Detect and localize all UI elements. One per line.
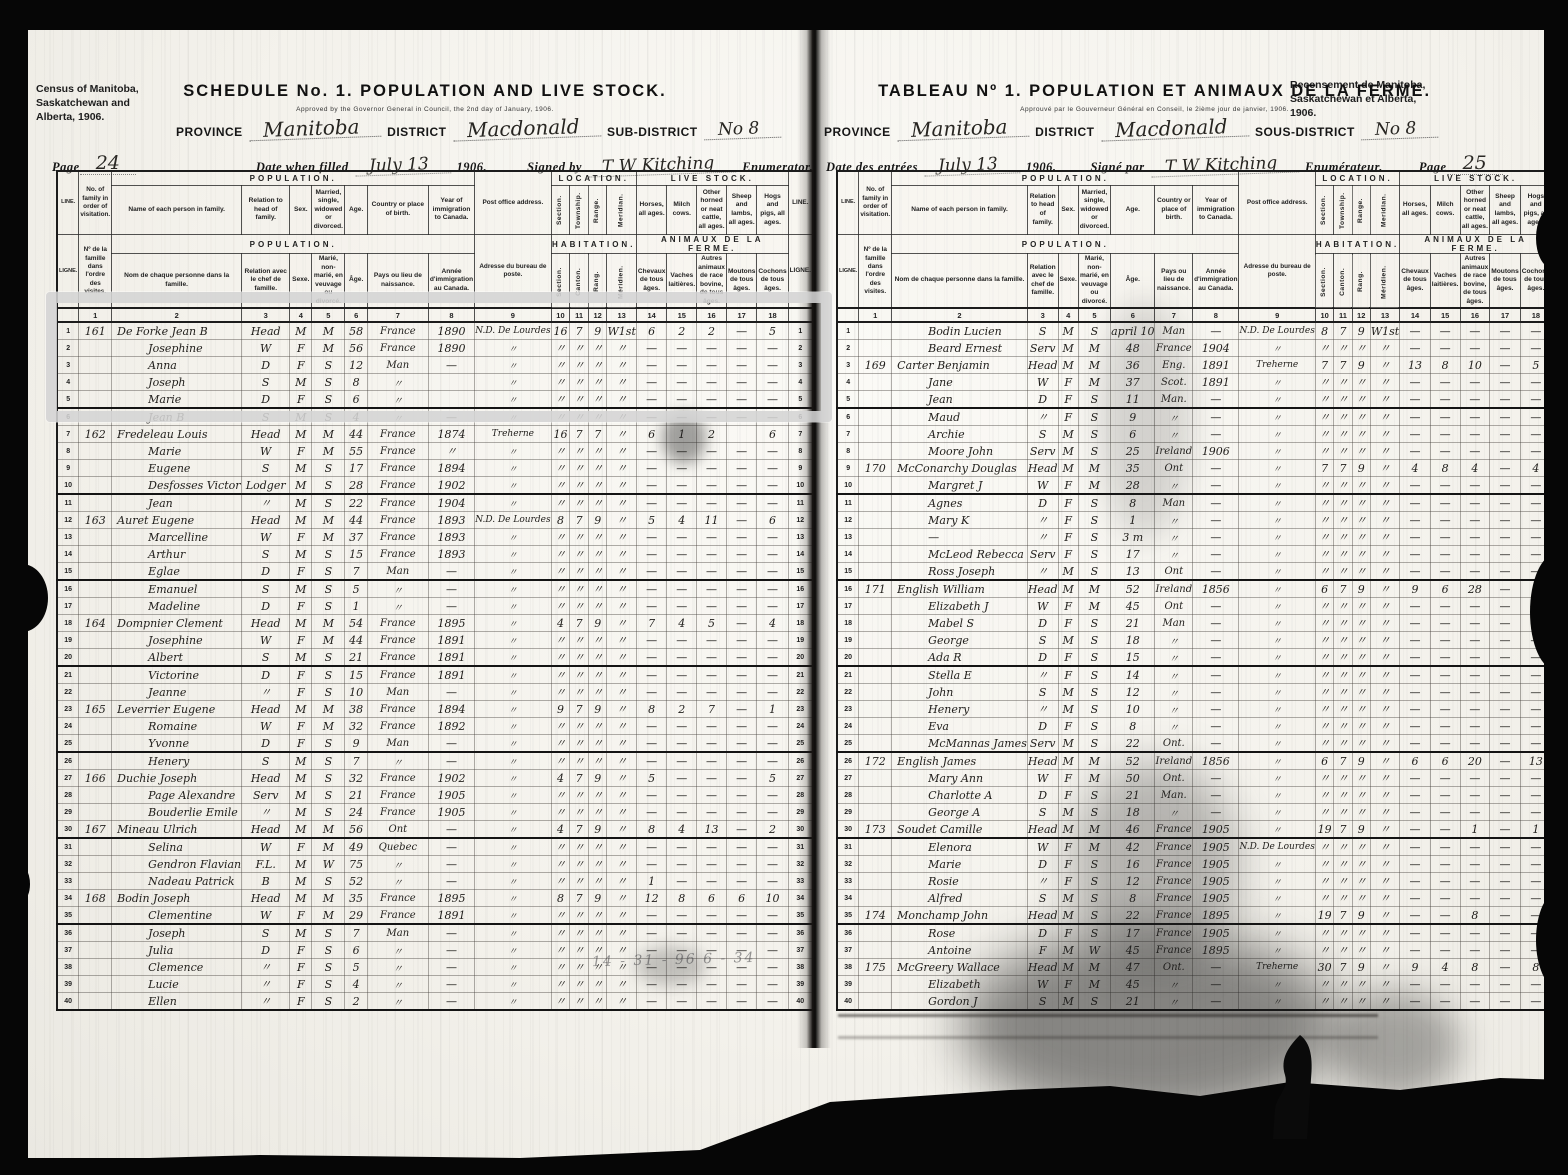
cell: — <box>1490 907 1520 925</box>
table-row: 8MarieWFM55France〃〃〃〃〃〃—————8 <box>57 443 813 460</box>
cell: 6 <box>1430 580 1460 598</box>
cell: — <box>1400 632 1431 649</box>
cell: Archie <box>892 426 1028 443</box>
cell: 21 <box>1111 993 1155 1011</box>
cell: M <box>312 701 345 718</box>
cell <box>79 494 112 512</box>
cell: — <box>1460 942 1490 959</box>
row-number: 35 <box>57 907 79 925</box>
cell: 〃 <box>242 494 290 512</box>
column-header: POPULATION. <box>112 171 475 186</box>
cell: — <box>697 666 727 684</box>
cell: W <box>242 529 290 546</box>
cell: 〃 <box>607 873 636 890</box>
cell: 〃 <box>1239 649 1315 667</box>
cell: F <box>1058 477 1078 495</box>
cell: 7 <box>1334 357 1352 374</box>
cell: — <box>1460 666 1490 684</box>
cell: — <box>636 993 667 1011</box>
cell: M <box>312 529 345 546</box>
cell: 〃 <box>475 563 551 581</box>
cell <box>859 340 892 357</box>
column-header: 13 <box>1370 308 1399 322</box>
cell: 〃 <box>588 477 607 495</box>
row-number: 19 <box>837 632 859 649</box>
cell: 〃 <box>607 443 636 460</box>
cell: 〃 <box>1370 632 1399 649</box>
cell: 8 <box>1111 890 1155 907</box>
cell: S <box>312 976 345 993</box>
cell: 〃 <box>551 460 570 477</box>
cell: — <box>1430 374 1460 391</box>
province-line-fr: PROVINCE Manitoba DISTRICT Macdonald SOU… <box>822 118 1545 139</box>
cell: — <box>726 718 756 735</box>
cell: 49 <box>345 838 367 856</box>
cell: 1893 <box>428 546 474 563</box>
cell: 1905 <box>1193 924 1239 942</box>
cell: 〃 <box>1239 718 1315 735</box>
cell <box>859 684 892 701</box>
column-header: Married, single, widowed or divorced. <box>1078 186 1110 235</box>
cell: 〃 <box>1239 477 1315 495</box>
row-number: 31 <box>57 838 79 856</box>
cell: 〃 <box>367 580 428 598</box>
cell: 〃 <box>1315 684 1334 701</box>
cell: 46 <box>1111 821 1155 839</box>
cell: — <box>428 580 474 598</box>
cell: april 10 <box>1111 322 1155 340</box>
cell: 〃 <box>551 873 570 890</box>
cell: — <box>1400 546 1431 563</box>
cell: 〃 <box>1315 787 1334 804</box>
cell: D <box>1027 787 1058 804</box>
cell: F <box>290 632 312 649</box>
cell: Henery <box>112 752 242 770</box>
row-number: 22 <box>837 684 859 701</box>
cell: 〃 <box>1239 804 1315 821</box>
cell: F <box>1058 770 1078 787</box>
cell: — <box>428 873 474 890</box>
cell: 〃 <box>1315 976 1334 993</box>
cell: — <box>1193 735 1239 753</box>
cell: F <box>290 735 312 753</box>
cell: — <box>726 993 756 1011</box>
cell: S <box>312 873 345 890</box>
cell: 〃 <box>1239 752 1315 770</box>
cell: 〃 <box>607 856 636 873</box>
cell: John <box>892 684 1028 701</box>
cell: 〃 <box>1239 890 1315 907</box>
cell: 〃 <box>1334 787 1352 804</box>
cell: 10 <box>1460 357 1490 374</box>
cell: — <box>1490 580 1520 598</box>
cell: — <box>1520 890 1545 907</box>
cell: 〃 <box>570 563 589 581</box>
cell <box>79 838 112 856</box>
row-number: 11 <box>57 494 79 512</box>
row-number: 34 <box>837 890 859 907</box>
cell: Madeline <box>112 598 242 615</box>
cell: 〃 <box>551 529 570 546</box>
cell: — <box>1520 838 1545 856</box>
cell: 9 <box>588 512 607 529</box>
cell: — <box>757 752 788 770</box>
cell: 170 <box>859 460 892 477</box>
cell: — <box>757 598 788 615</box>
cell: 〃 <box>607 666 636 684</box>
cell: Head <box>1027 460 1058 477</box>
cell: Bouderlie Emile <box>112 804 242 821</box>
cell: F <box>1058 924 1078 942</box>
column-header: Meridian. <box>607 186 636 235</box>
cell: 1895 <box>1193 907 1239 925</box>
cell: McConarchy Douglas <box>892 460 1028 477</box>
cell: — <box>1460 890 1490 907</box>
cell: 〃 <box>588 976 607 993</box>
cell: — <box>1430 494 1460 512</box>
column-header: Milch cows. <box>1430 186 1460 235</box>
cell: Head <box>242 701 290 718</box>
table-row: 26172English JamesHeadMM52Ireland1856〃67… <box>837 752 1545 770</box>
cell: 1894 <box>428 701 474 718</box>
cell: — <box>892 529 1028 546</box>
cell: W <box>1027 374 1058 391</box>
cell <box>79 563 112 581</box>
cell: — <box>1430 512 1460 529</box>
cell: M <box>1078 460 1110 477</box>
cell: — <box>757 873 788 890</box>
province-label-fr: PROVINCE <box>824 125 891 139</box>
cell: 〃 <box>570 598 589 615</box>
cell: — <box>726 666 756 684</box>
cell: 〃 <box>1027 563 1058 581</box>
cell: 〃 <box>551 443 570 460</box>
cell: Ireland <box>1155 443 1193 460</box>
cell: 〃 <box>1370 701 1399 718</box>
cell: — <box>1490 718 1520 735</box>
cell: 19 <box>1315 907 1334 925</box>
cell: — <box>697 529 727 546</box>
cell: 〃 <box>475 907 551 925</box>
cell: S <box>1078 666 1110 684</box>
cell: — <box>636 735 667 753</box>
cell: France <box>1155 873 1193 890</box>
cell: — <box>1520 529 1545 546</box>
cell: 〃 <box>1239 993 1315 1011</box>
cell: 45 <box>1111 976 1155 993</box>
cell: — <box>1460 649 1490 667</box>
cell: — <box>726 512 756 529</box>
cell: 〃 <box>570 460 589 477</box>
cell <box>79 632 112 649</box>
cell: Julia <box>112 942 242 959</box>
cell: — <box>1400 804 1431 821</box>
table-row: 17MadelineDFS1〃—〃〃〃〃〃—————17 <box>57 598 813 615</box>
table-row: 14McLeod RebeccaServFS17〃—〃〃〃〃〃—————14 <box>837 546 1545 563</box>
cell: 15 <box>1111 649 1155 667</box>
cell: 〃 <box>1334 512 1352 529</box>
cell: 〃 <box>607 976 636 993</box>
cell: Selina <box>112 838 242 856</box>
table-row: 1Bodin LucienSMSapril 10Man—N.D. De Lour… <box>837 322 1545 340</box>
cell: 〃 <box>1315 856 1334 873</box>
cell: 〃 <box>1239 580 1315 598</box>
cell: 9 <box>1352 357 1370 374</box>
cell: — <box>726 701 756 718</box>
cell: S <box>312 735 345 753</box>
cell: 〃 <box>1239 494 1315 512</box>
cell: 9 <box>1352 460 1370 477</box>
cell: — <box>1400 701 1431 718</box>
cell: S <box>1078 443 1110 460</box>
table-row: 12163Auret EugeneHeadMM44France1893N.D. … <box>57 512 813 529</box>
column-header: 17 <box>1490 308 1520 322</box>
cell: — <box>1193 993 1239 1011</box>
cell: M <box>290 494 312 512</box>
book-spine-fold <box>797 28 831 1048</box>
cell: 〃 <box>570 976 589 993</box>
province-value: Manitoba <box>248 116 381 142</box>
cell: France <box>367 615 428 632</box>
cell <box>79 529 112 546</box>
cell: M <box>312 838 345 856</box>
cell: 〃 <box>588 873 607 890</box>
cell: — <box>667 649 697 667</box>
cell: — <box>1400 322 1431 340</box>
cell: — <box>757 735 788 753</box>
cell: M <box>1058 735 1078 753</box>
cell: 〃 <box>1027 666 1058 684</box>
cell: — <box>1520 632 1545 649</box>
cell: 10 <box>345 684 367 701</box>
record-highlight-frame[interactable] <box>46 292 832 422</box>
cell: 〃 <box>367 993 428 1011</box>
cell: — <box>1193 563 1239 581</box>
cell <box>859 770 892 787</box>
cell: 〃 <box>475 615 551 632</box>
cell: 172 <box>859 752 892 770</box>
cell: France <box>367 426 428 443</box>
cell: — <box>1400 993 1431 1011</box>
cell: — <box>1460 632 1490 649</box>
cell: Man <box>1155 494 1193 512</box>
cell: 〃 <box>1370 357 1399 374</box>
cell: 1856 <box>1193 752 1239 770</box>
cell <box>859 993 892 1011</box>
cell: — <box>1490 993 1520 1011</box>
cell: 164 <box>79 615 112 632</box>
cell: — <box>1490 460 1520 477</box>
cell: Mary Ann <box>892 770 1028 787</box>
cell: McGreery Wallace <box>892 959 1028 976</box>
cell: — <box>1460 340 1490 357</box>
cell: — <box>1430 993 1460 1011</box>
cell: — <box>636 976 667 993</box>
cell: Serv <box>1027 340 1058 357</box>
cell: 〃 <box>1315 477 1334 495</box>
district-value: Macdonald <box>452 115 601 141</box>
cell: 〃 <box>551 735 570 753</box>
province-value-fr: Manitoba <box>896 116 1029 142</box>
cell: — <box>1520 804 1545 821</box>
cell: 〃 <box>570 684 589 701</box>
column-header: 10 <box>1315 308 1334 322</box>
row-number: 36 <box>57 924 79 942</box>
table-row: 10Margret JWFM28〃—〃〃〃〃〃—————10 <box>837 477 1545 495</box>
cell: 3 m <box>1111 529 1155 546</box>
cell: F <box>290 684 312 701</box>
cell: 7 <box>345 752 367 770</box>
cell: D <box>1027 615 1058 632</box>
cell: — <box>726 529 756 546</box>
cell: 〃 <box>475 770 551 787</box>
cell: 〃 <box>1352 598 1370 615</box>
cell: 〃 <box>1370 924 1399 942</box>
cell: 〃 <box>1370 391 1399 409</box>
cell: 〃 <box>475 838 551 856</box>
cell: 〃 <box>1370 374 1399 391</box>
table-row: 29George ASMS18〃—〃〃〃〃〃—————29 <box>837 804 1545 821</box>
cell: Jeanne <box>112 684 242 701</box>
cell: 5 <box>345 580 367 598</box>
cell: 11 <box>697 512 727 529</box>
cell: 〃 <box>607 838 636 856</box>
cell: 〃 <box>367 873 428 890</box>
cell: 〃 <box>1315 443 1334 460</box>
cell: — <box>1193 322 1239 340</box>
cell: N.D. De Lourdes <box>1239 322 1315 340</box>
cell: — <box>1490 357 1520 374</box>
cell: 9 <box>1400 580 1431 598</box>
cell: — <box>1400 615 1431 632</box>
cell: 〃 <box>475 787 551 804</box>
cell: M <box>290 787 312 804</box>
cell: — <box>1460 322 1490 340</box>
table-row: 21VictorineDFS15France1891〃〃〃〃〃—————21 <box>57 666 813 684</box>
cell: M <box>1078 752 1110 770</box>
cell: 7 <box>1334 959 1352 976</box>
cell: Jean <box>892 391 1028 409</box>
cell: 1 <box>757 701 788 718</box>
cell: 〃 <box>1315 942 1334 959</box>
cell: F <box>1027 942 1058 959</box>
column-header: Horses, all ages. <box>1400 186 1431 235</box>
cell: 1891 <box>428 666 474 684</box>
cell: 〃 <box>242 976 290 993</box>
cell: 〃 <box>551 598 570 615</box>
column-header: Range. <box>1352 186 1370 235</box>
row-number: 5 <box>837 391 859 409</box>
cell: 〃 <box>1239 942 1315 959</box>
column-header: 16 <box>1460 308 1490 322</box>
cell: — <box>697 460 727 477</box>
cell <box>79 787 112 804</box>
cell: 5 <box>1520 357 1545 374</box>
cell: 〃 <box>1352 649 1370 667</box>
cell: — <box>1193 512 1239 529</box>
cell: — <box>1490 752 1520 770</box>
column-header: 12 <box>1352 308 1370 322</box>
cell: — <box>697 856 727 873</box>
column-header: 4 <box>1058 308 1078 322</box>
cell: Beard Ernest <box>892 340 1028 357</box>
cell: — <box>1490 856 1520 873</box>
cell: Elenora <box>892 838 1028 856</box>
cell: 7 <box>570 426 589 443</box>
cell: — <box>1520 615 1545 632</box>
cell: 42 <box>1111 838 1155 856</box>
cell: 〃 <box>1315 598 1334 615</box>
column-header: Relation to head of family. <box>1027 186 1058 235</box>
cell: 〃 <box>570 580 589 598</box>
cell: — <box>1430 735 1460 753</box>
cell: 〃 <box>1352 494 1370 512</box>
cell: Jane <box>892 374 1028 391</box>
cell: Charlotte A <box>892 787 1028 804</box>
cell <box>859 838 892 856</box>
cell: 1 <box>1520 821 1545 839</box>
scan-edge-top <box>0 0 1568 30</box>
cell: 〃 <box>1239 426 1315 443</box>
cell: — <box>1490 770 1520 787</box>
cell: — <box>726 615 756 632</box>
cell: S <box>1078 890 1110 907</box>
cell: — <box>1430 907 1460 925</box>
table-row: 8Moore JohnServMS25Ireland1906〃〃〃〃〃—————… <box>837 443 1545 460</box>
cell: — <box>636 856 667 873</box>
cell: 9 <box>1352 821 1370 839</box>
column-header: No. of family in order of visitation. <box>79 171 112 235</box>
cell: — <box>726 856 756 873</box>
cell: S <box>1027 426 1058 443</box>
cell: 〃 <box>1239 821 1315 839</box>
cell: — <box>1490 821 1520 839</box>
table-row: 12Mary K〃FS1〃—〃〃〃〃〃—————12 <box>837 512 1545 529</box>
cell: — <box>1430 408 1460 426</box>
cell: 〃 <box>475 976 551 993</box>
cell: 〃 <box>1239 976 1315 993</box>
cell: — <box>667 924 697 942</box>
cell: Antoine <box>892 942 1028 959</box>
cell: S <box>242 924 290 942</box>
cell: M <box>312 632 345 649</box>
cell: — <box>1430 770 1460 787</box>
cell: — <box>1460 856 1490 873</box>
cell: — <box>428 752 474 770</box>
cell: S <box>1078 529 1110 546</box>
cell: 〃 <box>570 838 589 856</box>
cell: M <box>290 615 312 632</box>
cell: — <box>667 443 697 460</box>
cell: France <box>367 443 428 460</box>
cell: F <box>1058 408 1078 426</box>
table-row: 30173Soudet CamilleHeadMM46France1905〃19… <box>837 821 1545 839</box>
column-header: 9 <box>1239 308 1315 322</box>
cell: M <box>1078 357 1110 374</box>
cell: 〃 <box>588 546 607 563</box>
cell: — <box>697 993 727 1011</box>
cell: 1 <box>1460 821 1490 839</box>
cell: S <box>312 942 345 959</box>
cell: 8 <box>636 701 667 718</box>
row-number: 18 <box>837 615 859 632</box>
cell: 〃 <box>1334 804 1352 821</box>
cell: 〃 <box>1315 391 1334 409</box>
cell: 10 <box>1111 701 1155 718</box>
cell: — <box>1430 924 1460 942</box>
cell: English William <box>892 580 1028 598</box>
cell: 〃 <box>570 649 589 667</box>
